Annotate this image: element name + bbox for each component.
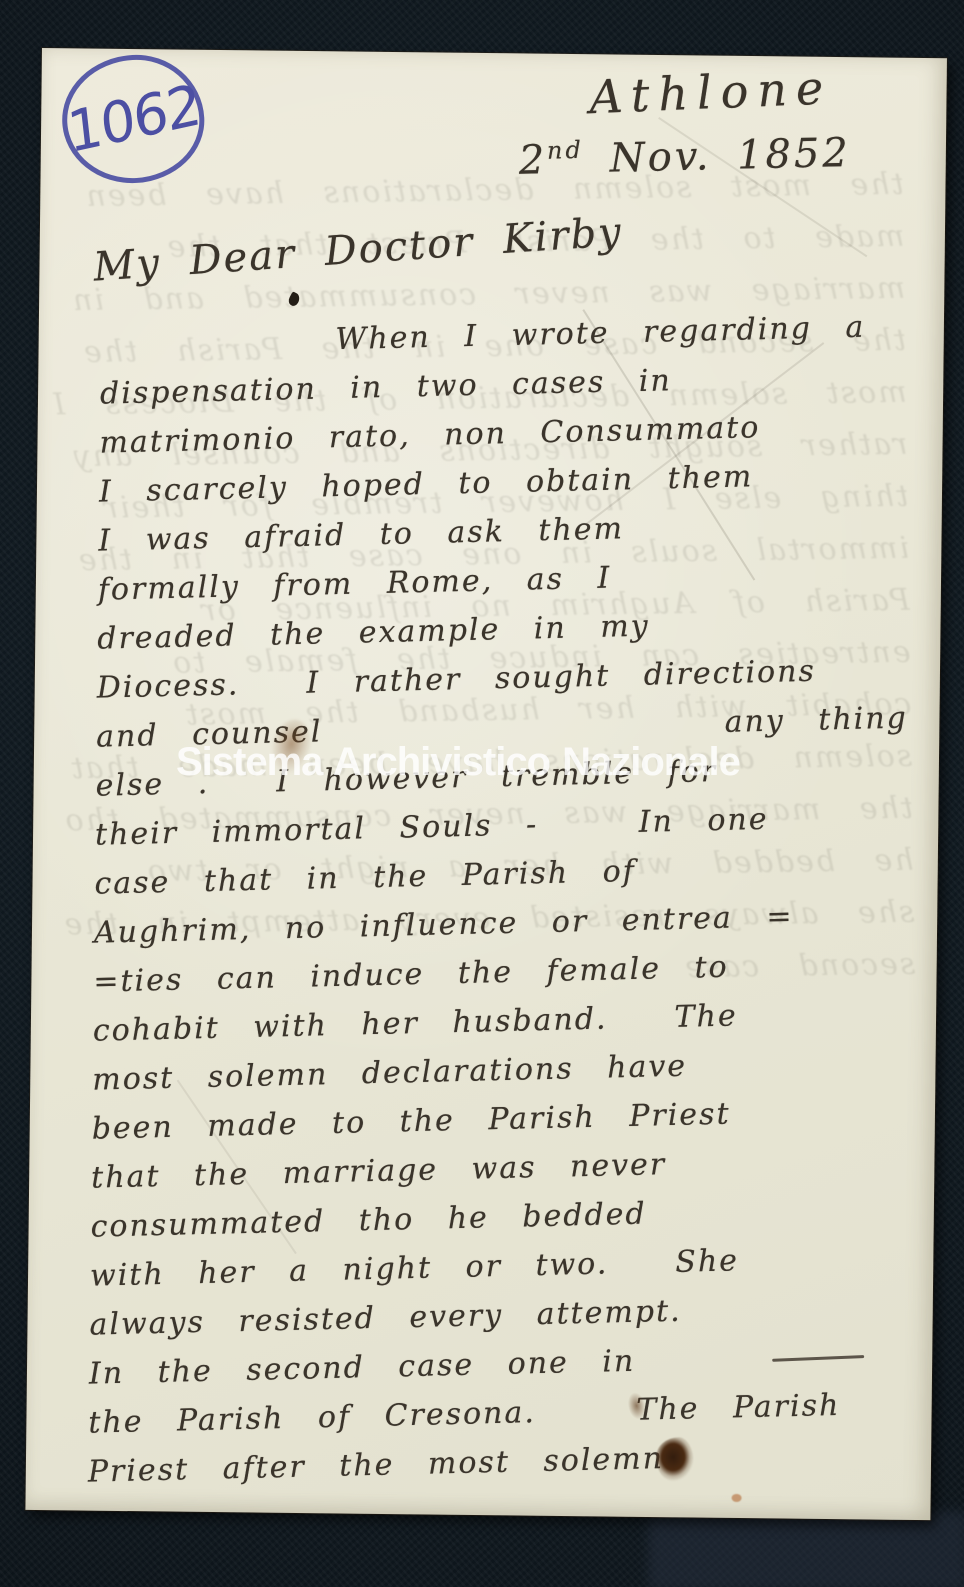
archive-number-stamp-circle: 1062 (59, 51, 208, 187)
letter-place: Athlone (588, 60, 833, 124)
background-light-patch (648, 1512, 964, 1587)
scanned-letter-page: { "archive": { "reference_number": "1062… (0, 0, 964, 1587)
letter-body: When I wrote regarding adispensation in … (88, 321, 931, 1506)
ink-blot (656, 1437, 694, 1481)
archive-reference-number: 1062 (64, 72, 203, 166)
date-day: 2 (518, 137, 548, 184)
rust-dot (732, 1494, 742, 1502)
date-ordinal: nd (547, 136, 584, 165)
date-rest: Nov. 1852 (583, 130, 851, 182)
archive-watermark: Sistema Archivistico Nazionale (176, 740, 740, 785)
letter-date: 2nd Nov. 1852 (518, 130, 851, 184)
